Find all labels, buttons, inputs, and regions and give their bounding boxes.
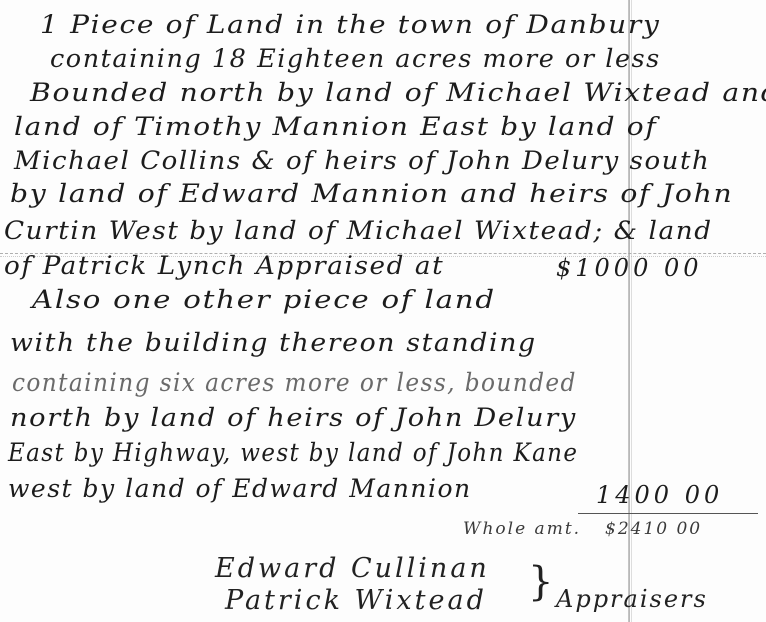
text-line-10: with the building thereon standing <box>10 330 537 355</box>
sum-underline <box>578 513 758 514</box>
signature-appraiser-1: Edward Cullinan <box>215 553 490 584</box>
text-line-8: of Patrick Lynch Appraised at <box>4 253 444 278</box>
whole-amount-value: $2410 00 <box>605 519 702 539</box>
signature-appraiser-2: Patrick Wixtead <box>225 585 487 616</box>
text-line-13: East by Highway, west by land of John Ka… <box>8 440 578 465</box>
text-line-9: Also one other piece of land <box>32 287 496 312</box>
text-line-7: Curtin West by land of Michael Wixtead; … <box>4 218 713 243</box>
text-line-2: containing 18 Eighteen acres more or les… <box>50 46 661 71</box>
text-line-12: north by land of heirs of John Delury <box>10 405 577 430</box>
appraisers-role-label: Appraisers <box>556 585 708 613</box>
second-parcel-amount: 1400 00 <box>596 481 723 509</box>
text-line-11: containing six acres more or less, bound… <box>12 370 577 395</box>
text-line-6: by land of Edward Mannion and heirs of J… <box>10 181 733 206</box>
text-line-5: Michael Collins & of heirs of John Delur… <box>14 148 710 173</box>
document-page: 1 Piece of Land in the town of Danbury c… <box>0 0 766 622</box>
text-line-1: 1 Piece of Land in the town of Danbury <box>40 12 660 37</box>
whole-amount-label: Whole amt. <box>463 519 581 539</box>
text-line-4: land of Timothy Mannion East by land of <box>14 114 657 139</box>
text-line-14: west by land of Edward Mannion <box>8 476 472 501</box>
text-line-3: Bounded north by land of Michael Wixtead… <box>30 80 766 105</box>
first-parcel-amount: $1000 00 <box>556 254 703 282</box>
appraisers-brace: } <box>528 562 553 602</box>
